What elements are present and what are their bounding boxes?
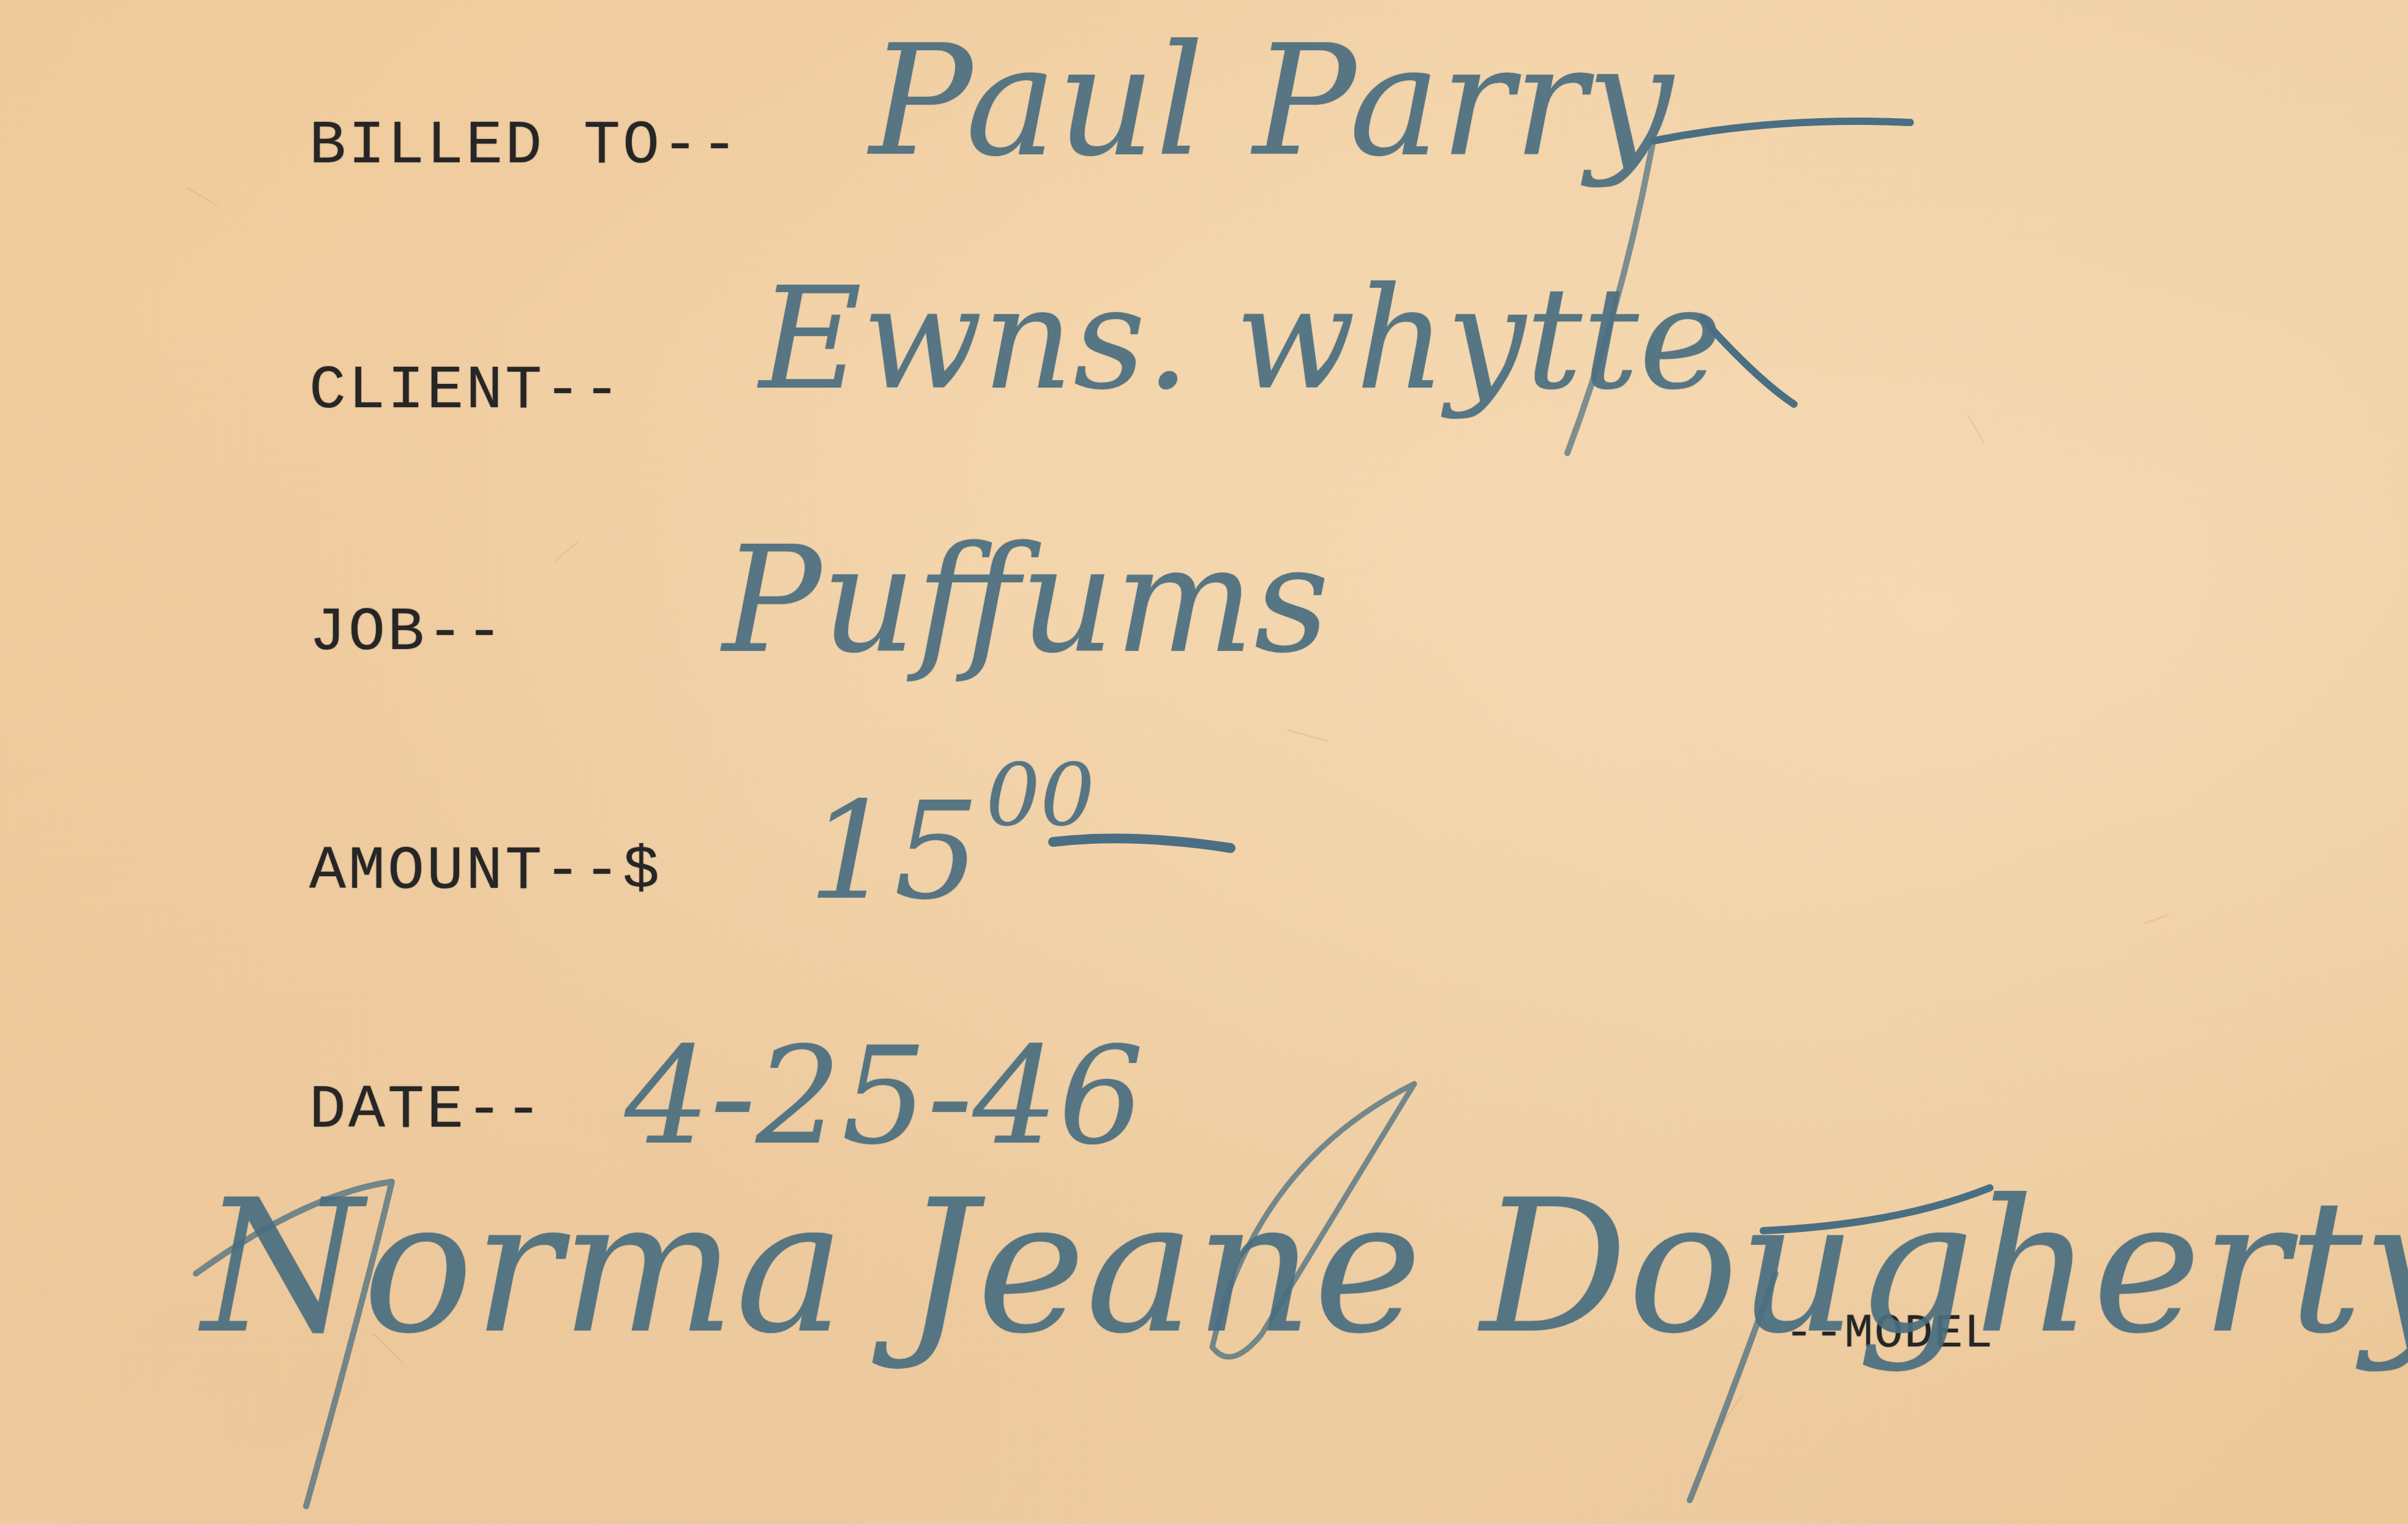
amount-label: AMOUNT--$	[309, 842, 662, 903]
job-label: JOB--	[309, 603, 505, 664]
billed-to-value: Paul Parry	[869, 24, 1673, 178]
client-label: CLIENT--	[309, 361, 623, 422]
client-value: Ewns. whytte	[759, 269, 1722, 410]
date-label: DATE--	[309, 1081, 544, 1142]
job-value: Puffums	[722, 527, 1329, 674]
model-signature: Norma Jeane Dougherty	[202, 1176, 2408, 1359]
date-value: 4-25-46	[625, 1029, 1144, 1163]
amount-cents-value: 00	[986, 753, 1095, 839]
amount-value: 15	[808, 784, 980, 918]
billed-to-label: BILLED TO--	[309, 116, 740, 178]
